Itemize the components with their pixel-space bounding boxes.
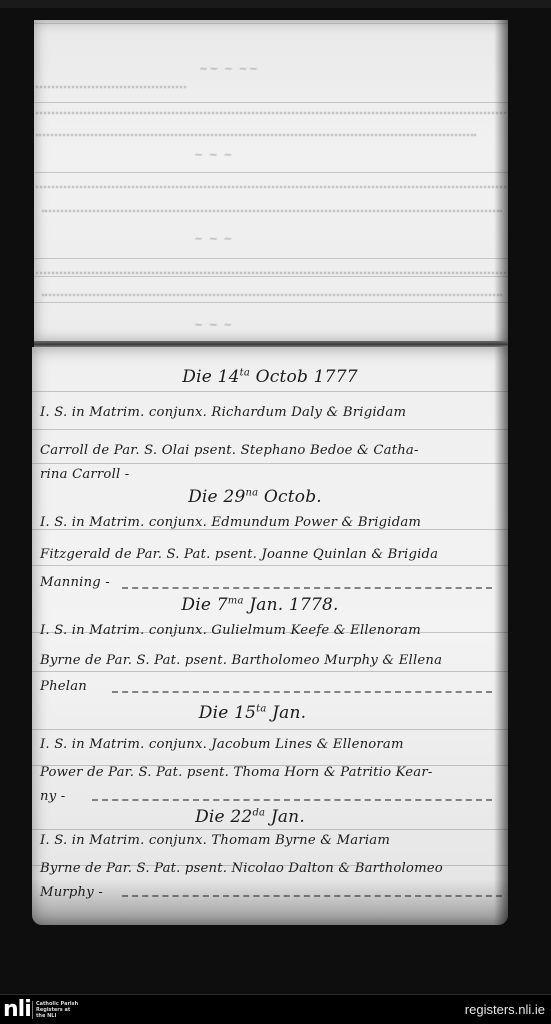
registers-site-link[interactable]: registers.nli.ie bbox=[465, 1002, 545, 1017]
faded-heading: ~~ ~ ~~ bbox=[199, 62, 259, 75]
entry-text-line: I. S. in Matrim. conjunx. Jacobum Lines … bbox=[40, 737, 404, 752]
register-page: Die 14ta Octob 1777 I. S. in Matrim. con… bbox=[32, 347, 508, 925]
entry-text-line: Carroll de Par. S. Olai psent. Stephano … bbox=[40, 443, 419, 458]
upper-page-faded: ~~ ~ ~~ ~ ~ ~ ~ ~ ~ ~ ~ ~ bbox=[34, 20, 508, 342]
entry-text-line: Fitzgerald de Par. S. Pat. psent. Joanne… bbox=[40, 547, 438, 562]
entry-text-line: I. S. in Matrim. conjunx. Richardum Daly… bbox=[40, 405, 406, 420]
logo-caption: Catholic Parish Registers at the NLI bbox=[36, 1001, 96, 1019]
entry-text-line: I. S. in Matrim. conjunx. Thomam Byrne &… bbox=[40, 833, 390, 848]
entry-text-line: Power de Par. S. Pat. psent. Thoma Horn … bbox=[40, 765, 433, 780]
entry-text-line: ny - bbox=[40, 789, 65, 804]
entry-text-line: rina Carroll - bbox=[40, 467, 129, 482]
faded-heading: ~ ~ ~ bbox=[194, 232, 234, 245]
entry-text-line: I. S. in Matrim. conjunx. Edmundum Power… bbox=[40, 515, 421, 530]
entry-date-heading: Die 29na Octob. bbox=[32, 487, 508, 507]
entry-text-line: I. S. in Matrim. conjunx. Gulielmum Keef… bbox=[40, 623, 421, 638]
logo-divider bbox=[32, 1001, 33, 1019]
entry-text-line: Manning - bbox=[40, 575, 110, 590]
entry-date-heading: Die 22da Jan. bbox=[32, 807, 508, 827]
top-border bbox=[0, 0, 551, 8]
entry-text-line: Phelan bbox=[40, 679, 87, 694]
footer-bar: nli Catholic Parish Registers at the NLI… bbox=[0, 994, 551, 1024]
entry-date-heading: Die 7ma Jan. 1778. bbox=[32, 595, 508, 615]
entry-date-heading: Die 14ta Octob 1777 bbox=[32, 367, 508, 387]
entry-text-line: Byrne de Par. S. Pat. psent. Nicolao Dal… bbox=[40, 861, 443, 876]
nli-logo[interactable]: nli bbox=[3, 1000, 31, 1020]
faded-heading: ~ ~ ~ bbox=[194, 148, 234, 161]
faded-heading: ~ ~ ~ bbox=[194, 318, 234, 331]
entry-date-heading: Die 15ta Jan. bbox=[32, 703, 508, 723]
entry-text-line: Murphy - bbox=[40, 885, 103, 900]
entry-text-line: Byrne de Par. S. Pat. psent. Bartholomeo… bbox=[40, 653, 442, 668]
document-viewer: ~~ ~ ~~ ~ ~ ~ ~ ~ ~ ~ ~ ~ Die 14ta Octob… bbox=[0, 0, 551, 994]
